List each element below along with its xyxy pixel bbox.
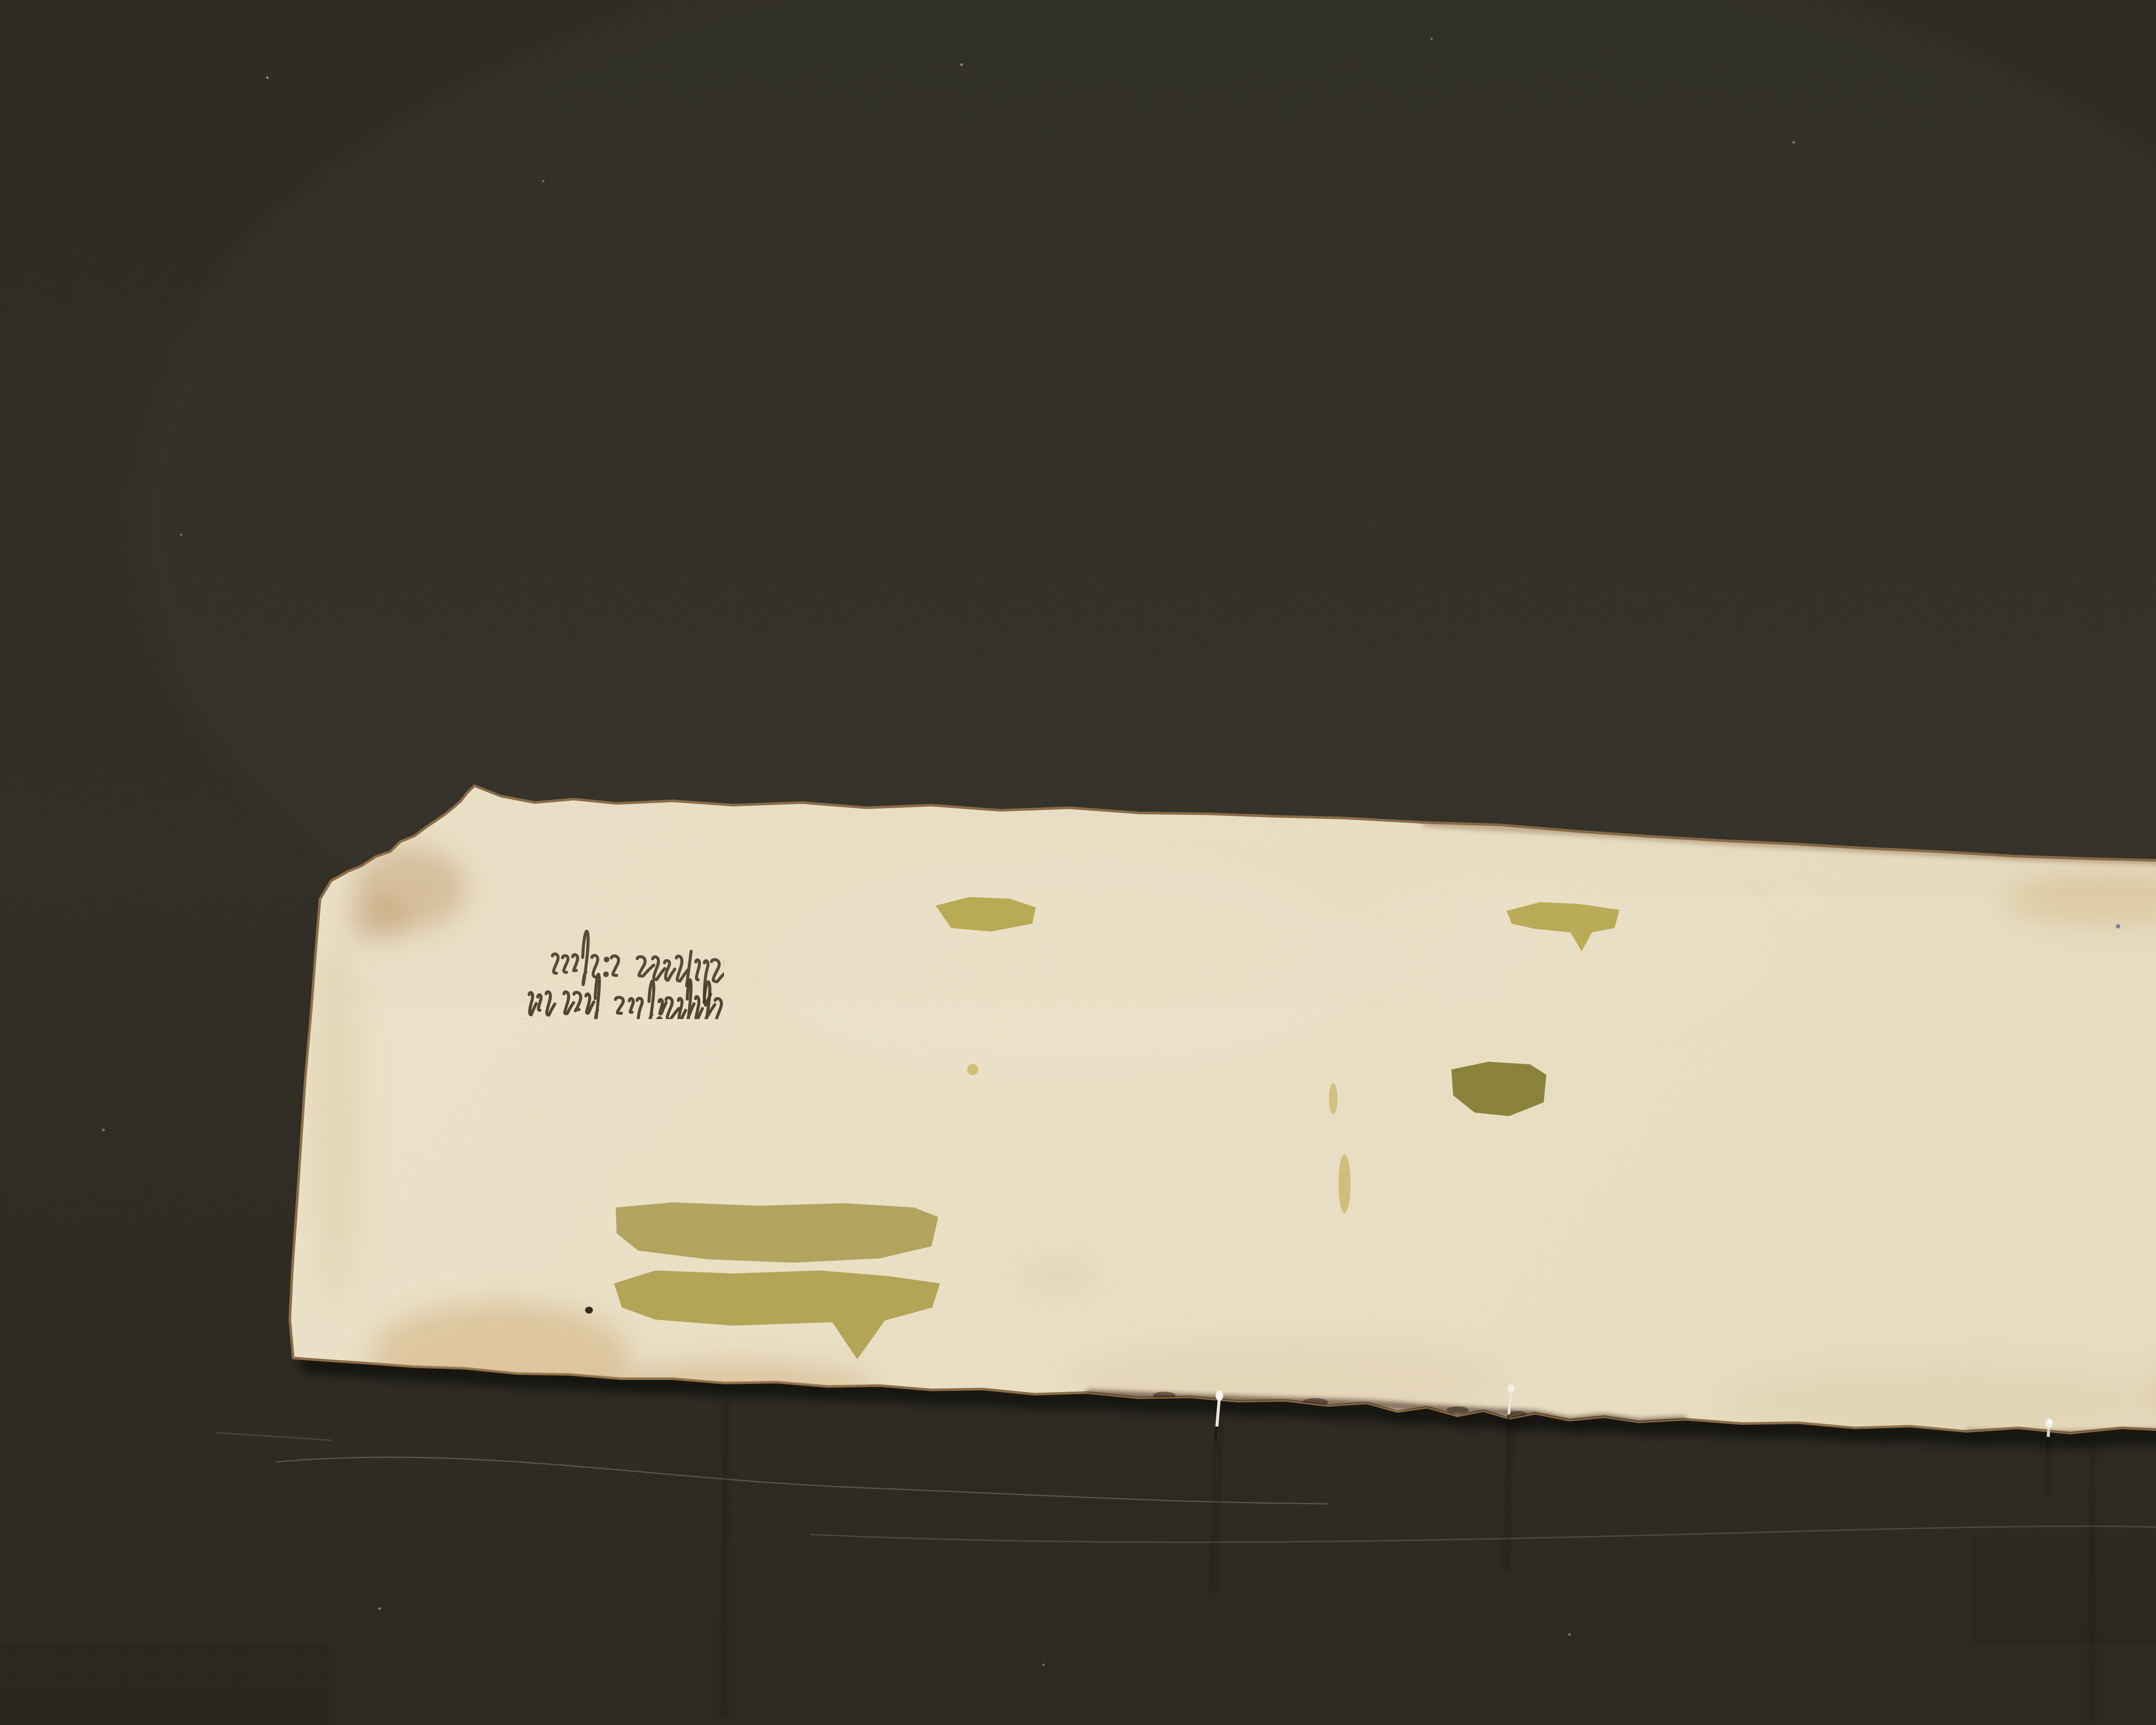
photo-canvas bbox=[0, 0, 2156, 1725]
photo-grain bbox=[0, 0, 2156, 1725]
photo-of-manuscript: পুনৰাযাতিষ্যাতিচ ধূৰ্ত্ত৷ এবমক্ষযামিৰাসু… bbox=[0, 0, 2156, 1725]
